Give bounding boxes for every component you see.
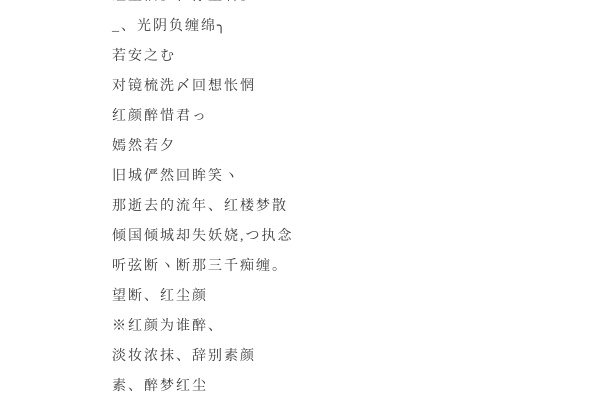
- text-line: 嫣然若夕: [112, 132, 294, 162]
- text-line: 那逝去的流年、红楼梦散: [112, 192, 294, 222]
- text-line: 倾国倾城却失妖娆,つ执念: [112, 222, 294, 252]
- text-line: 红颜醉惜君っ: [112, 102, 294, 132]
- text-line: 淡妆浓抹、辞别素颜: [112, 342, 294, 372]
- text-line: 若安之む: [112, 42, 294, 72]
- text-list: 红尘旧梦、浮生若梦 _、光阴负缠绵╮ 若安之む 对镜梳洗〆回想怅惘 红颜醉惜君っ…: [112, 0, 294, 400]
- text-line-clipped-top: 红尘旧梦、浮生若梦: [112, 0, 294, 12]
- text-line: ※红颜为谁醉、: [112, 312, 294, 342]
- text-line: 对镜梳洗〆回想怅惘: [112, 72, 294, 102]
- text-line: 听弦断ヽ断那三千痴缠。: [112, 252, 294, 282]
- text-line: 望断、红尘颜: [112, 282, 294, 312]
- text-line-clipped-bottom: 素、醉梦红尘: [112, 372, 294, 400]
- text-line: 旧城俨然回眸笑ヽ: [112, 162, 294, 192]
- text-line: _、光阴负缠绵╮: [112, 12, 294, 42]
